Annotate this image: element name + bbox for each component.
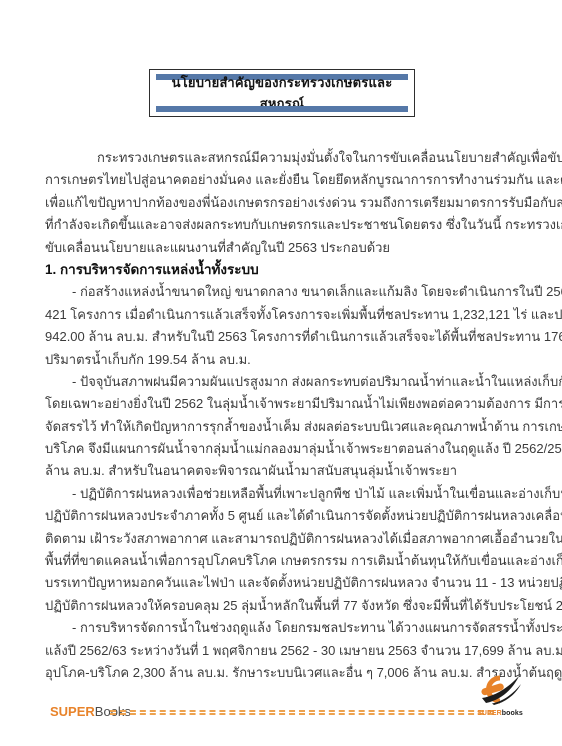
body-line: - ปฏิบัติการฝนหลวงเพื่อช่วยเหลือพื้นที่เ… xyxy=(45,483,517,505)
body-line: อุปโภค-บริโภค 2,300 ล้าน ลบ.ม. รักษาระบบ… xyxy=(45,662,517,684)
body-line: ปฏิบัติการฝนหลวงประจำภาคทั้ง 5 ศูนย์ และ… xyxy=(45,505,517,527)
body-line: - ก่อสร้างแหล่งน้ำขนาดใหญ่ ขนาดกลาง ขนาด… xyxy=(45,281,517,303)
superbooks-logo-books: books xyxy=(502,710,523,717)
body-line: ปริมาตรน้ำเก็บกัก 199.54 ล้าน ลบ.ม. xyxy=(45,349,517,371)
body-line: จัดสรรไว้ ทำให้เกิดปัญหาการรุกล้ำของน้ำเ… xyxy=(45,416,517,438)
body-line: ล้าน ลบ.ม. สำหรับในอนาคตจะพิจารณาผันน้ำม… xyxy=(45,460,517,482)
document-body: กระทรวงเกษตรและสหกรณ์มีความมุ่งมั่นตั้งใ… xyxy=(45,147,517,684)
section-heading: 1. การบริหารจัดการแหล่งน้ำทั้งระบบ xyxy=(45,259,517,281)
body-line: บริโภค จึงมีแผนการผันน้ำจากลุ่มน้ำแม่กลอ… xyxy=(45,438,517,460)
superbooks-logo: SUPERbooks xyxy=(476,675,524,718)
body-line: พื้นที่ที่ขาดแคลนน้ำเพื่อการอุปโภคบริโภค… xyxy=(45,550,517,572)
body-line: 421 โครงการ เมื่อดำเนินการแล้วเสร็จทั้งโ… xyxy=(45,304,517,326)
title-box-bottom-bar xyxy=(156,106,408,112)
superbooks-logo-icon xyxy=(478,692,522,709)
body-line: ขับเคลื่อนนโยบายและแผนงานที่สำคัญในปี 25… xyxy=(45,237,517,259)
body-line: การเกษตรไทยไปสู่อนาคตอย่างมั่นคง และยั่ง… xyxy=(45,169,517,191)
body-line: 942.00 ล้าน ลบ.ม. สำหรับในปี 2563 โครงกา… xyxy=(45,326,517,348)
footer-brand-super: SUPER xyxy=(50,704,95,719)
title-box: นโยบายสำคัญของกระทรวงเกษตรและสหกรณ์ xyxy=(149,69,415,117)
body-line: บรรเทาปัญหาหมอกควันและไฟป่า และจัดตั้งหน… xyxy=(45,572,517,594)
footer-dashed-divider xyxy=(110,710,494,715)
body-line: กระทรวงเกษตรและสหกรณ์มีความมุ่งมั่นตั้งใ… xyxy=(45,147,517,169)
superbooks-logo-text: SUPERbooks xyxy=(476,710,524,718)
body-line: โดยเฉพาะอย่างยิ่งในปี 2562 ในลุ่มน้ำเจ้า… xyxy=(45,393,517,415)
body-line: ที่กำลังจะเกิดขึ้นและอาจส่งผลกระทบกับเกษ… xyxy=(45,214,517,236)
body-line: ปฏิบัติการฝนหลวงให้ครอบคลุม 25 ลุ่มน้ำหล… xyxy=(45,595,517,617)
document-page: นโยบายสำคัญของกระทรวงเกษตรและสหกรณ์ กระท… xyxy=(0,0,562,746)
body-line: แล้งปี 2562/63 ระหว่างวันที่ 1 พฤศจิกายน… xyxy=(45,640,517,662)
superbooks-logo-super: SUPER xyxy=(477,710,502,717)
body-line: เพื่อแก้ไขปัญหาปากท้องของพี่น้องเกษตรกรอ… xyxy=(45,192,517,214)
body-line: - การบริหารจัดการน้ำในช่วงฤดูแล้ง โดยกรม… xyxy=(45,617,517,639)
body-line: ติดตาม เฝ้าระวังสภาพอากาศ และสามารถปฏิบั… xyxy=(45,528,517,550)
body-line: - ปัจจุบันสภาพฝนมีความผันแปรสูงมาก ส่งผล… xyxy=(45,371,517,393)
